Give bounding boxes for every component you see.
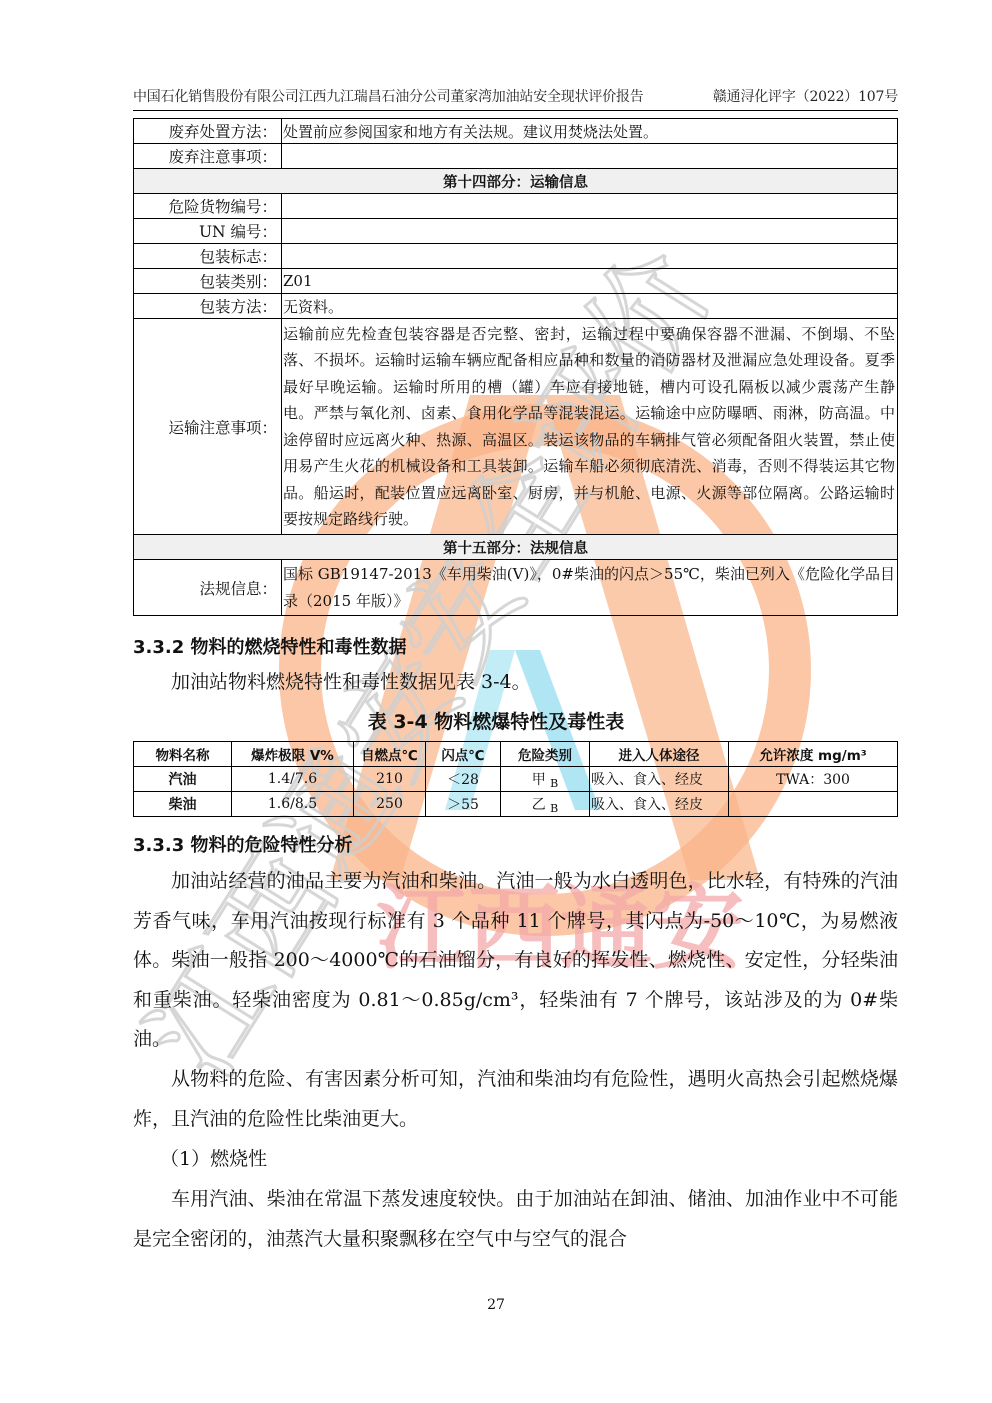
row-value [282,194,898,219]
explosion-limit: 1.6/8.5 [232,792,354,817]
running-header: 中国石化销售股份有限公司江西九江瑞昌石油分公司董家湾加油站安全现状评价报告 赣通… [133,86,898,106]
row-label: 包装类别： [134,269,282,294]
msds-table: 废弃处置方法： 处置前应参阅国家和地方有关法规。建议用焚烧法处置。 废弃注意事项… [133,118,898,616]
header-divider [133,110,898,111]
row-label: 运输注意事项： [134,319,282,535]
autoignition-point: 250 [354,792,426,817]
table-row: 运输注意事项： 运输前应先检查包装容器是否完整、密封，运输过程中要确保容器不泄漏… [134,319,898,535]
paragraph: 加油站物料燃烧特性和毒性数据见表 3-4。 [133,663,898,703]
row-label: 包装标志： [134,244,282,269]
table-row: 危险货物编号： [134,194,898,219]
explosion-limit: 1.4/7.6 [232,767,354,792]
hazard-class-sub: B [550,777,558,790]
material-name: 汽油 [134,767,232,792]
subheading-combustibility: （1）燃烧性 [160,1140,925,1180]
material-name: 柴油 [134,792,232,817]
row-label: 法规信息： [134,560,282,616]
table-row: 废弃处置方法： 处置前应参阅国家和地方有关法规。建议用焚烧法处置。 [134,119,898,144]
table-row: 包装方法： 无资料。 [134,294,898,319]
hazard-class: 甲 B [501,767,590,792]
section-heading-332: 3.3.2 物料的燃烧特性和毒性数据 [133,633,407,659]
column-header: 爆炸极限 V% [232,742,354,767]
section-header-row: 第十四部分：运输信息 [134,169,898,194]
table-header-row: 物料名称 爆炸极限 V% 自燃点℃ 闪点℃ 危险类别 进入人体途径 允许浓度 m… [134,742,898,767]
allowed-concentration: TWA：300 [729,767,898,792]
row-value [282,244,898,269]
column-header: 闪点℃ [426,742,501,767]
column-header: 物料名称 [134,742,232,767]
table-row: 包装类别： Z01 [134,269,898,294]
table-3-4: 物料名称 爆炸极限 V% 自燃点℃ 闪点℃ 危险类别 进入人体途径 允许浓度 m… [133,741,898,817]
allowed-concentration [729,792,898,817]
row-value [282,219,898,244]
paragraph: 加油站经营的油品主要为汽油和柴油。汽油一般为水白透明色，比水轻，有特殊的汽油芳香… [133,862,898,1060]
row-label: 危险货物编号： [134,194,282,219]
hazard-class-sub: B [550,802,558,815]
hazard-class-main: 甲 [532,772,546,788]
hazard-class-main: 乙 [532,797,546,813]
table-row: 废弃注意事项： [134,144,898,169]
section-heading-333: 3.3.3 物料的危险特性分析 [133,831,353,857]
row-value: Z01 [282,269,898,294]
document-page: 江西通安 江西通安安全评价 中国石化销售股份有限公司江西九江瑞昌石油分公司董家湾… [0,0,992,1403]
row-label: UN 编号： [134,219,282,244]
table-row: UN 编号： [134,219,898,244]
exposure-route: 吸入、食入、经皮 [590,767,729,792]
table-caption: 表 3-4 物料燃爆特性及毒性表 [0,707,992,734]
report-title: 中国石化销售股份有限公司江西九江瑞昌石油分公司董家湾加油站安全现状评价报告 [133,86,644,106]
row-label: 包装方法： [134,294,282,319]
column-header: 自燃点℃ [354,742,426,767]
column-header: 允许浓度 mg/m³ [729,742,898,767]
paragraph: 从物料的危险、有害因素分析可知，汽油和柴油均有危险性，遇明火高热会引起燃烧爆炸，… [133,1060,898,1139]
table-row: 汽油 1.4/7.6 210 ＜28 甲 B 吸入、食入、经皮 TWA：300 [134,767,898,792]
section-header-row: 第十五部分：法规信息 [134,535,898,560]
document-number: 赣通浔化评字（2022）107号 [713,86,898,106]
column-header: 危险类别 [501,742,590,767]
section-14-title: 第十四部分：运输信息 [134,169,898,194]
flash-point: ＜28 [426,767,501,792]
row-value: 处置前应参阅国家和地方有关法规。建议用焚烧法处置。 [282,119,898,144]
row-label: 废弃注意事项： [134,144,282,169]
page-number: 27 [0,1297,992,1313]
table-row: 法规信息： 国标 GB19147-2013《车用柴油(Ⅴ)》，0#柴油的闪点＞5… [134,560,898,616]
column-header: 进入人体途径 [590,742,729,767]
autoignition-point: 210 [354,767,426,792]
row-value: 无资料。 [282,294,898,319]
row-label: 废弃处置方法： [134,119,282,144]
section-15-title: 第十五部分：法规信息 [134,535,898,560]
regulation-value: 国标 GB19147-2013《车用柴油(Ⅴ)》，0#柴油的闪点＞55℃，柴油已… [282,560,898,616]
flash-point: ＞55 [426,792,501,817]
hazard-class: 乙 B [501,792,590,817]
table-row: 柴油 1.6/8.5 250 ＞55 乙 B 吸入、食入、经皮 [134,792,898,817]
exposure-route: 吸入、食入、经皮 [590,792,729,817]
table-row: 包装标志： [134,244,898,269]
paragraph: 车用汽油、柴油在常温下蒸发速度较快。由于加油站在卸油、储油、加油作业中不可能是完… [133,1180,898,1259]
row-value [282,144,898,169]
transport-notes-value: 运输前应先检查包装容器是否完整、密封，运输过程中要确保容器不泄漏、不倒塌、不坠落… [282,319,898,535]
